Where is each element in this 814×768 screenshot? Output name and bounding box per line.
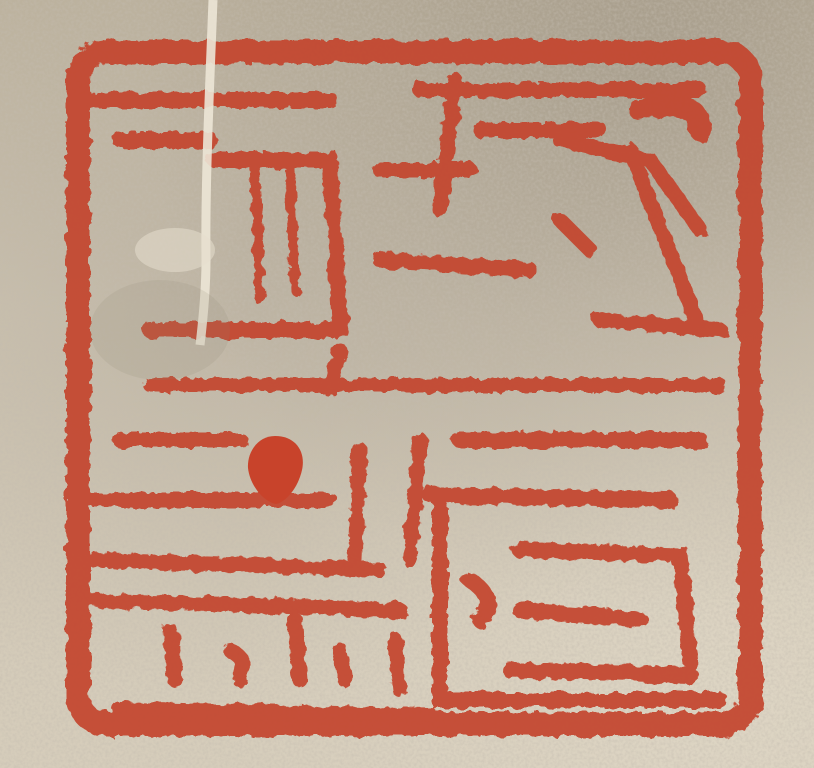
seal-photograph: Red seal impression <box>0 0 814 768</box>
seal-impression <box>0 0 814 768</box>
paper-worn-spot <box>135 228 215 272</box>
paper-stain <box>90 280 230 380</box>
